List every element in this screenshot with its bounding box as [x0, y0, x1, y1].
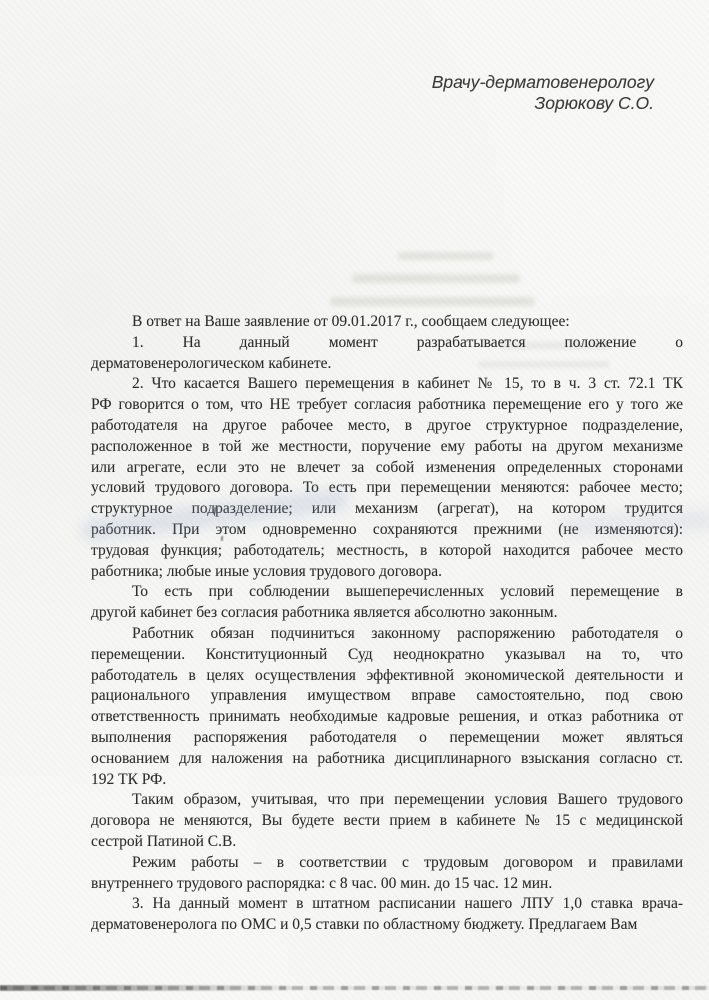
- paragraph: В ответ на Ваше заявление от 09.01.2017 …: [91, 312, 683, 333]
- paragraph: 3. На данный момент в штатном расписании…: [91, 894, 683, 936]
- text-line: 2. Что касается Вашего перемещения в каб…: [91, 374, 683, 395]
- scan-bleedthrough-smudge: [330, 297, 535, 306]
- text-line: работник. При этом одновременно сохраняю…: [91, 520, 683, 541]
- text-line: Режим работы – в соответствии с трудовым…: [91, 853, 683, 874]
- text-line: дерматовенеролога по ОМС и 0,5 ставки по…: [91, 915, 683, 936]
- text-line: рационального управления имуществом впра…: [91, 686, 683, 707]
- scan-bleedthrough-smudge: [352, 274, 520, 283]
- text-line: То есть при соблюдении вышеперечисленных…: [91, 582, 683, 603]
- text-line: Таким образом, учитывая, что при перемещ…: [91, 790, 683, 811]
- paragraph: 2. Что касается Вашего перемещения в каб…: [91, 374, 683, 582]
- text-line: работника; любые иные условия трудового …: [91, 562, 683, 583]
- text-line: внутреннего трудового распорядка: с 8 ча…: [91, 874, 683, 895]
- text-line: структурное подразделение; или механизм …: [91, 499, 683, 520]
- text-line: выполнения распоряжения работодателя о п…: [91, 728, 683, 749]
- text-line: основанием для наложения на работника ди…: [91, 749, 683, 770]
- letter-body: В ответ на Ваше заявление от 09.01.2017 …: [91, 312, 683, 936]
- recipient-block: Врачу-дерматовенерологу Зорюкову С.О.: [432, 72, 654, 114]
- text-line: 192 ТК РФ.: [91, 770, 683, 791]
- text-line: ответственность принимать необходимые ка…: [91, 707, 683, 728]
- recipient-name: Зорюкову С.О.: [432, 93, 654, 114]
- text-line: В ответ на Ваше заявление от 09.01.2017 …: [91, 312, 683, 333]
- text-line: расположенное в той же местности, поруче…: [91, 437, 683, 458]
- scanned-letter-page: Врачу-дерматовенерологу Зорюкову С.О. В …: [0, 0, 709, 1000]
- scan-bleedthrough-smudge: [398, 252, 494, 260]
- text-line: или агрегате, если это не влечет за собо…: [91, 458, 683, 479]
- paragraph: Таким образом, учитывая, что при перемещ…: [91, 790, 683, 852]
- text-line: сестрой Патиной С.В.: [91, 832, 683, 853]
- paragraph: 1. На данный момент разрабатывается поло…: [91, 333, 683, 375]
- text-line: Работник обязан подчиниться законному ра…: [91, 624, 683, 645]
- text-line: перемещении. Конституционный Суд неоднок…: [91, 645, 683, 666]
- scanner-edge-shadow: [0, 985, 300, 991]
- text-line: РФ говорится о том, что НЕ требует согла…: [91, 395, 683, 416]
- text-line: дерматовенерологическом кабинете.: [91, 354, 683, 375]
- paragraph: То есть при соблюдении вышеперечисленных…: [91, 582, 683, 624]
- recipient-title: Врачу-дерматовенерологу: [432, 72, 654, 93]
- text-line: 3. На данный момент в штатном расписании…: [91, 894, 683, 915]
- text-line: трудовая функция; работодатель; местност…: [91, 541, 683, 562]
- text-line: 1. На данный момент разрабатывается поло…: [91, 333, 683, 354]
- paragraph: Работник обязан подчиниться законному ра…: [91, 624, 683, 790]
- paragraph: Режим работы – в соответствии с трудовым…: [91, 853, 683, 895]
- text-line: условий трудового договора. То есть при …: [91, 478, 683, 499]
- text-line: другой кабинет без согласия работника яв…: [91, 603, 683, 624]
- text-line: договора не меняются, Вы будете вести пр…: [91, 811, 683, 832]
- text-line: работодателя на другое рабочее место, в …: [91, 416, 683, 437]
- text-line: работодатель в целях осуществления эффек…: [91, 666, 683, 687]
